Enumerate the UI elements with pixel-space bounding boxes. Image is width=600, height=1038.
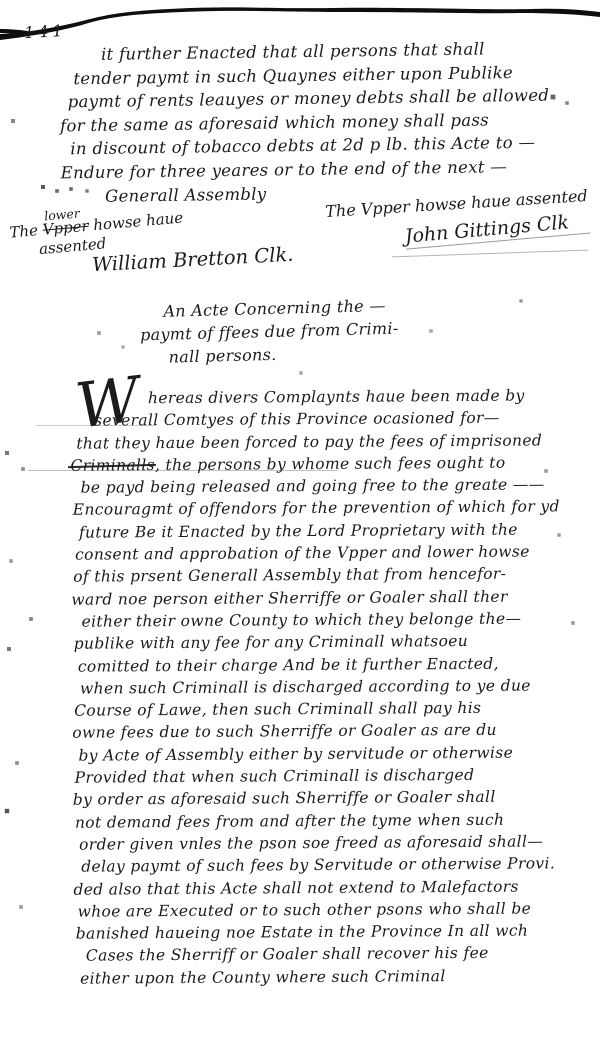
scan-artifact-line — [392, 250, 588, 258]
page-number: 141 — [24, 21, 67, 42]
manuscript-line: either upon the County where such Crimin… — [74, 964, 563, 990]
manuscript-line: by order as aforesaid such Sherriffe or … — [73, 786, 562, 812]
act-continuation-paragraph: it further Enacted that all persons that… — [59, 37, 551, 209]
act-body-paragraph: hereas divers Complaynts haue been made … — [70, 384, 563, 989]
manuscript-line: owne fees due to such Sherriffe or Goale… — [72, 719, 561, 745]
manuscript-line: delay paymt of such fees by Servitude or… — [73, 853, 562, 879]
manuscript-line: that they haue been forced to pay the fe… — [70, 429, 559, 455]
manuscript-line: banished haueing noe Estate in the Provi… — [74, 919, 563, 945]
manuscript-line: when such Criminall is discharged accord… — [72, 674, 561, 700]
manuscript-line: comitted to their charge And be it furth… — [72, 652, 561, 678]
manuscript-line: ded also that this Acte shall not extend… — [73, 875, 562, 901]
act-title: An Acte Concerning the — paymt of ffees … — [139, 294, 399, 370]
manuscript-line: either their owne County to which they b… — [71, 607, 560, 633]
manuscript-page: 141 it further Enacted that all persons … — [0, 0, 600, 1038]
inserted-correction-word: lower — [44, 205, 81, 223]
clerk-signature-gittings: John Gittings Clk — [404, 210, 590, 250]
manuscript-line: of this prsent Generall Assembly that fr… — [71, 563, 560, 589]
assent-prefix: The — [9, 221, 44, 242]
manuscript-line: Encouragmt of offendors for the preventi… — [71, 496, 560, 522]
scan-noise-speckles — [0, 0, 2, 2]
manuscript-line: by Acte of Assembly either by servitude … — [72, 741, 561, 767]
manuscript-line: severall Comtyes of this Province ocasio… — [70, 407, 559, 433]
